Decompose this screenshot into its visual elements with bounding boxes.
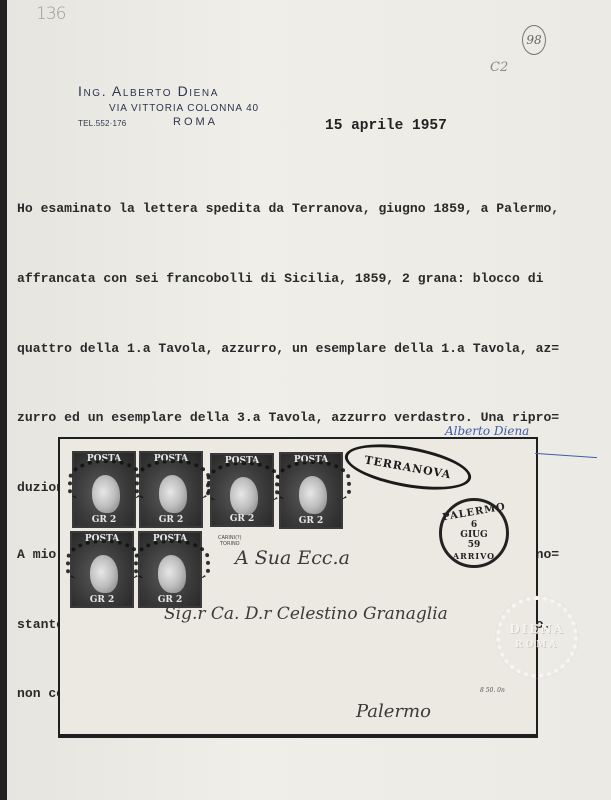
stamp-value: GR 2 [141, 515, 201, 525]
postmark-arrival: ARRIVO [442, 551, 506, 561]
stamp-value: GR 2 [212, 514, 272, 524]
embossed-seal: DIENA ROMA [496, 596, 578, 678]
document-date: 15 aprile 1957 [325, 118, 447, 134]
stamp: POSTA GR 2 [279, 452, 343, 529]
stamp: POSTA GR 2 [70, 531, 134, 608]
letterhead-street: VIA VITTORIA COLONNA 40 [109, 103, 259, 114]
oval-town-postmark: TERRANOVA [341, 437, 474, 498]
cancel-mark-icon [206, 461, 282, 501]
stamp: POSTA GR 2 [72, 451, 136, 528]
address-city: Palermo [356, 701, 431, 722]
cancel-mark-icon [135, 459, 211, 499]
circled-reference-number: 98 [522, 25, 546, 55]
letterhead-name: Ing. Alberto Diena [78, 83, 219, 99]
cancel-mark-icon [68, 459, 144, 499]
stamp-value: GR 2 [72, 595, 132, 605]
postmark-month: GIUG [442, 530, 506, 540]
seal-city: ROMA [500, 640, 574, 650]
pencil-archive-number: 136 [36, 4, 65, 24]
address-salutation: A Sua Ecc.a [235, 547, 350, 569]
letter-photograph: POSTA GR 2 POSTA GR 2 POSTA GR 2 POSTA G… [58, 437, 538, 738]
pencil-code: C2 [490, 60, 508, 75]
stamp: POSTA GR 2 [210, 453, 274, 527]
expert-signature: Alberto Diena [445, 424, 529, 438]
stamp: POSTA GR 2 [138, 531, 202, 608]
letterhead-telephone: TEL.552·176 [78, 119, 126, 128]
address-note: 8 50. 0n [480, 687, 505, 694]
printer-imprint: CARINI(?) TORINO [218, 535, 242, 547]
round-arrival-postmark: PALERMO 6 GIUG 59 ARRIVO [439, 498, 509, 568]
stamp-value: GR 2 [74, 515, 134, 525]
body-line: Ho esaminato la lettera spedita da Terra… [17, 197, 607, 220]
address-recipient: Sig.r Ca. D.r Celestino Granaglia [164, 604, 448, 624]
body-line: quattro della 1.a Tavola, azzurro, un es… [17, 337, 607, 360]
scan-border [0, 0, 7, 800]
seal-name: DIENA [500, 622, 574, 636]
cancel-mark-icon [66, 539, 142, 579]
postmark-year: 59 [442, 540, 506, 550]
stamp: POSTA GR 2 [139, 451, 203, 528]
stamp-value: GR 2 [281, 516, 341, 526]
cancel-mark-icon [275, 460, 351, 500]
letterhead-city: ROMA [173, 116, 218, 128]
cancel-mark-icon [134, 539, 210, 579]
body-line: affrancata con sei francobolli di Sicili… [17, 267, 607, 290]
postmark-day: 6 [442, 520, 506, 530]
